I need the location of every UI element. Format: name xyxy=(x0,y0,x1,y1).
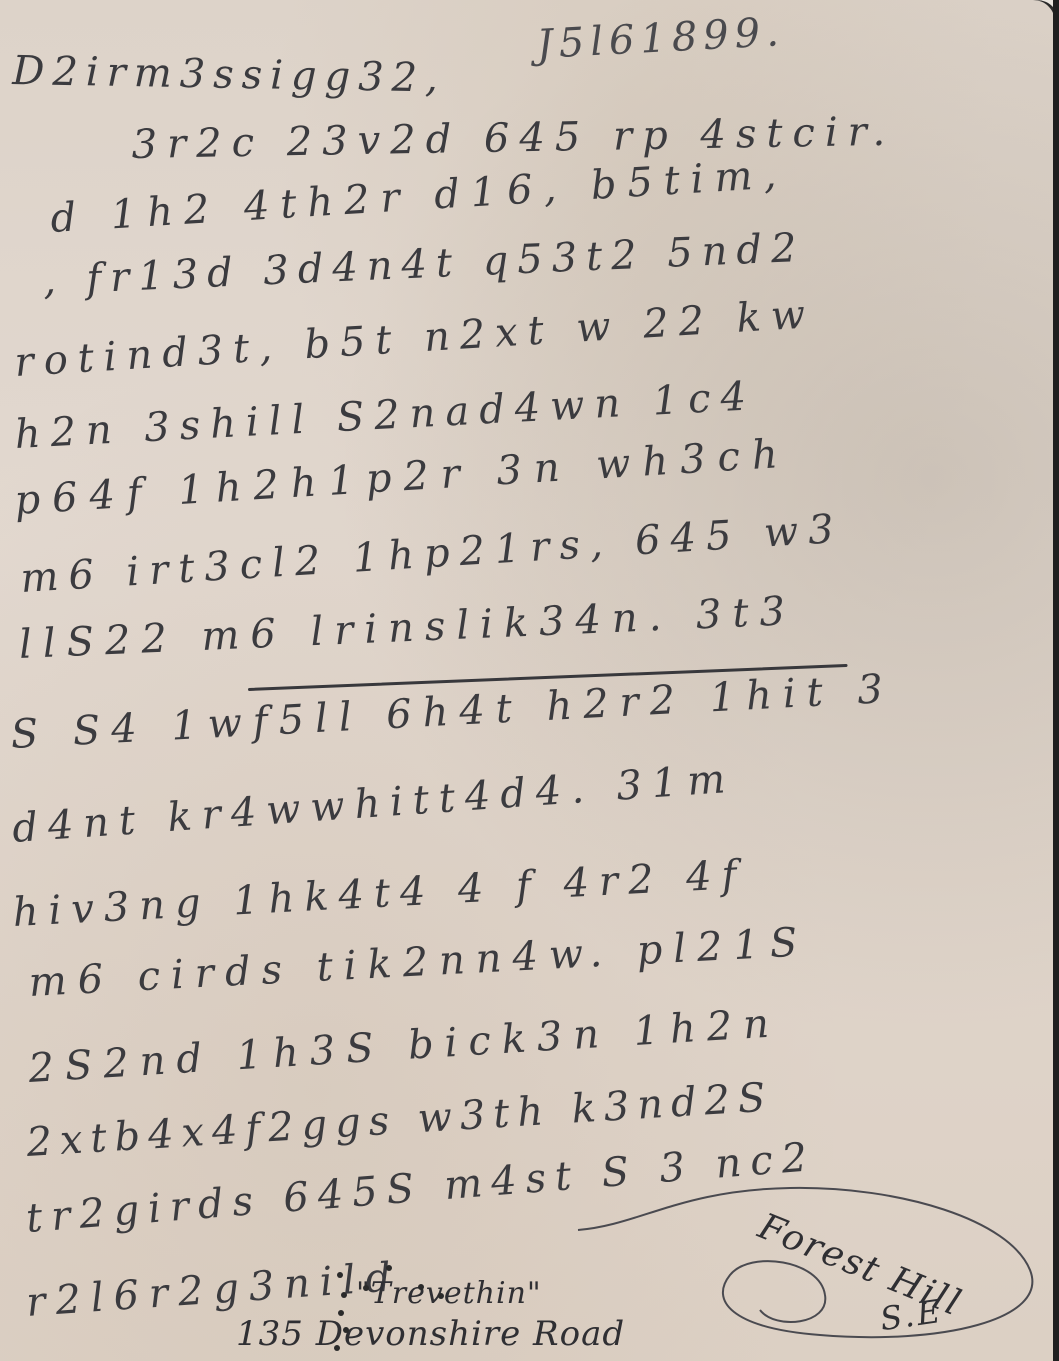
greeting: D2irm3ssigg32, xyxy=(12,48,446,102)
flourish-stroke xyxy=(560,1180,1040,1350)
card-edge xyxy=(1053,0,1059,1361)
address-street: 135 Devonshire Road xyxy=(236,1314,625,1354)
address-house: "Trevethin" xyxy=(356,1276,542,1311)
